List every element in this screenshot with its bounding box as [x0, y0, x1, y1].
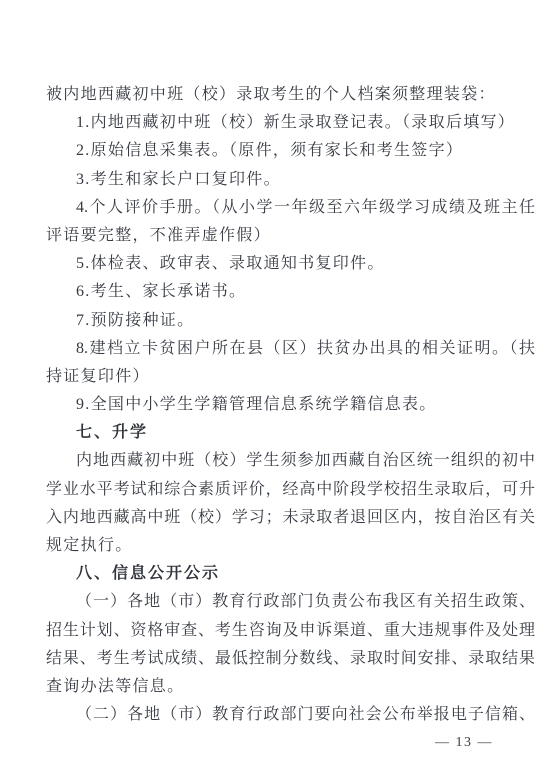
text-line: 查询办法等信息。	[46, 673, 535, 701]
text-line: 1.内地西藏初中班（校）新生录取登记表。（录取后填写）	[46, 109, 535, 137]
page-number: — 13 —	[435, 735, 493, 751]
text-line: 学业水平考试和综合素质评价，经高中阶段学校招生录取后，可升	[46, 476, 535, 504]
text-line: 6.考生、家长承诺书。	[46, 278, 535, 306]
text-line: 8.建档立卡贫困户所在县（区）扶贫办出具的相关证明。（扶	[46, 335, 535, 363]
section-heading: 八、信息公开公示	[46, 560, 535, 588]
text-line: 内地西藏初中班（校）学生须参加西藏自治区统一组织的初中	[46, 447, 535, 475]
text-line: 5.体检表、政审表、录取通知书复印件。	[46, 250, 535, 278]
text-line: 评语要完整，不准弄虚作假）	[46, 222, 535, 250]
text-line: 3.考生和家长户口复印件。	[46, 166, 535, 194]
text-line: 被内地西藏初中班（校）录取考生的个人档案须整理装袋：	[46, 81, 535, 109]
text-line: 持证复印件）	[46, 363, 535, 391]
text-line: 规定执行。	[46, 532, 535, 560]
text-line: （二）各地（市）教育行政部门要向社会公布举报电子信箱、	[46, 701, 535, 729]
text-line: 招生计划、资格审查、考生咨询及申诉渠道、重大违规事件及处理	[46, 617, 535, 645]
text-line: 2.原始信息采集表。（原件，须有家长和考生签字）	[46, 137, 535, 165]
text-line: 9.全国中小学生学籍管理信息系统学籍信息表。	[46, 391, 535, 419]
text-line: 入内地西藏高中班（校）学习；未录取者退回区内，按自治区有关	[46, 504, 535, 532]
text-line: 结果、考生考试成绩、最低控制分数线、录取时间安排、录取结果	[46, 645, 535, 673]
document-page: 被内地西藏初中班（校）录取考生的个人档案须整理装袋：1.内地西藏初中班（校）新生…	[0, 0, 552, 767]
text-line: 4.个人评价手册。（从小学一年级至六年级学习成绩及班主任	[46, 194, 535, 222]
text-line: （一）各地（市）教育行政部门负责公布我区有关招生政策、	[46, 588, 535, 616]
section-heading: 七、升学	[46, 419, 535, 447]
text-line: 7.预防接种证。	[46, 307, 535, 335]
document-body: 被内地西藏初中班（校）录取考生的个人档案须整理装袋：1.内地西藏初中班（校）新生…	[46, 81, 535, 729]
